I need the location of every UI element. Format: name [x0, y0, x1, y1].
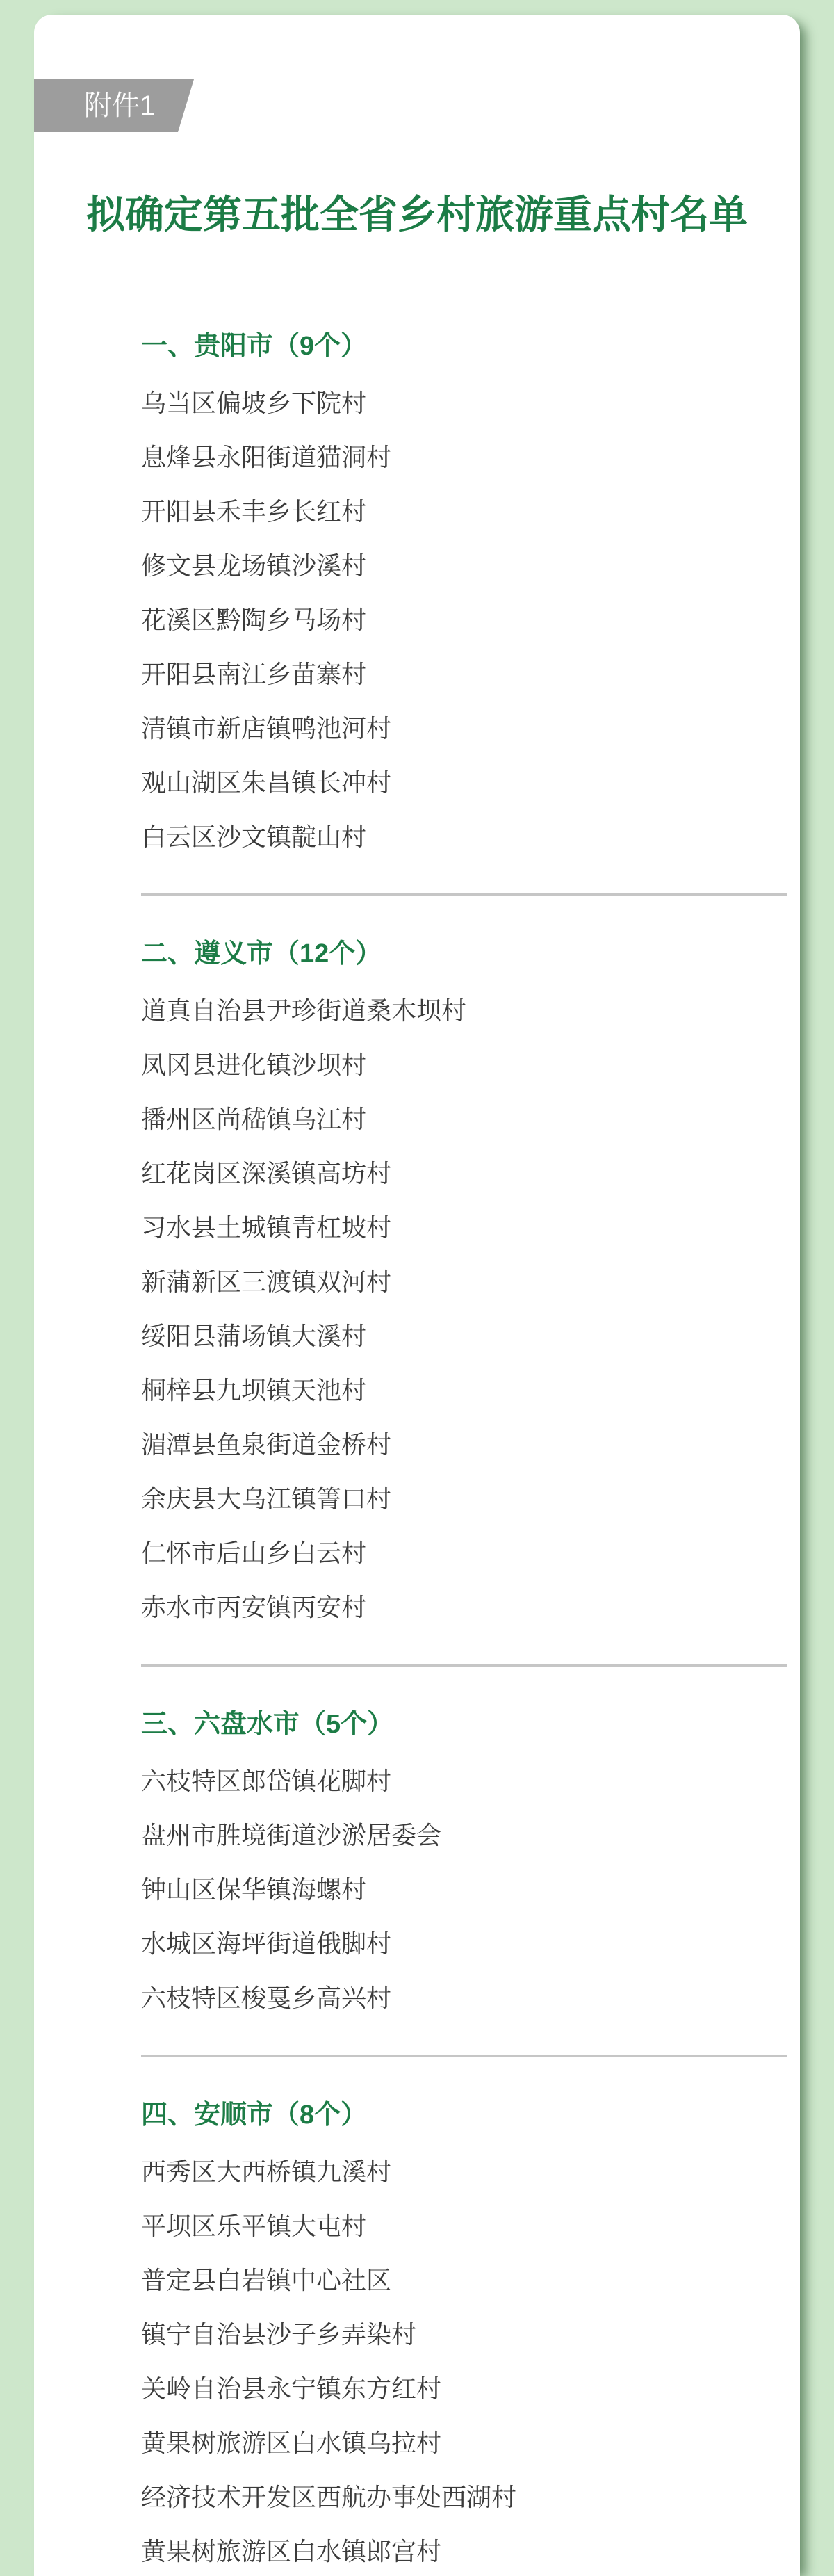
village-list-item: 黄果树旅游区白水镇乌拉村: [141, 2430, 693, 2456]
village-list-item: 六枝特区梭戛乡高兴村: [141, 1985, 693, 2011]
village-list-item: 西秀区大西桥镇九溪村: [141, 2159, 693, 2185]
village-list-item: 六枝特区郎岱镇花脚村: [141, 1768, 693, 1795]
village-list-item: 乌当区偏坡乡下院村: [141, 390, 693, 416]
section-divider: [141, 893, 787, 896]
village-list-item: 绥阳县蒲场镇大溪村: [141, 1323, 693, 1350]
village-list-item: 凤冈县进化镇沙坝村: [141, 1052, 693, 1078]
village-list-item: 桐梓县九坝镇天池村: [141, 1377, 693, 1404]
village-list-item: 播州区尚嵇镇乌江村: [141, 1106, 693, 1133]
village-list-item: 关岭自治县永宁镇东方红村: [141, 2376, 693, 2402]
content-card: 附件1 拟确定第五批全省乡村旅游重点村名单 一、贵阳市（9个）乌当区偏坡乡下院村…: [34, 15, 800, 2576]
page-background: { "badge": { "label": "附件1" }, "title": …: [0, 0, 834, 2576]
section-heading: 三、六盘水市（5个）: [141, 1711, 693, 1737]
village-list-item: 黄果树旅游区白水镇郎宫村: [141, 2538, 693, 2565]
village-sections: 一、贵阳市（9个）乌当区偏坡乡下院村息烽县永阳街道猫洞村开阳县禾丰乡长红村修文县…: [34, 333, 800, 2565]
village-list-item: 经济技术开发区西航办事处西湖村: [141, 2484, 693, 2511]
village-list-item: 习水县土城镇青杠坡村: [141, 1215, 693, 1241]
village-list-item: 开阳县南江乡苗寨村: [141, 661, 693, 688]
section-heading: 一、贵阳市（9个）: [141, 333, 693, 359]
village-list-item: 湄潭县鱼泉街道金桥村: [141, 1432, 693, 1458]
section-heading: 四、安顺市（8个）: [141, 2102, 693, 2128]
village-list-item: 镇宁自治县沙子乡弄染村: [141, 2322, 693, 2348]
village-list-item: 新蒲新区三渡镇双河村: [141, 1269, 693, 1295]
village-list-item: 道真自治县尹珍街道桑木坝村: [141, 998, 693, 1024]
village-list-item: 钟山区保华镇海螺村: [141, 1877, 693, 1903]
section-divider: [141, 1664, 787, 1667]
attachment-badge-label: 附件1: [34, 92, 155, 120]
village-list-item: 赤水市丙安镇丙安村: [141, 1594, 693, 1621]
section-divider: [141, 2055, 787, 2057]
village-list-item: 息烽县永阳街道猫洞村: [141, 444, 693, 471]
village-list-item: 开阳县禾丰乡长红村: [141, 499, 693, 525]
village-list-item: 仁怀市后山乡白云村: [141, 1540, 693, 1566]
village-list-item: 平坝区乐平镇大屯村: [141, 2213, 693, 2239]
village-list-item: 观山湖区朱昌镇长冲村: [141, 770, 693, 796]
section-heading: 二、遵义市（12个）: [141, 941, 693, 967]
village-list-item: 盘州市胜境街道沙淤居委会: [141, 1822, 693, 1849]
village-list-item: 红花岗区深溪镇高坊村: [141, 1160, 693, 1187]
village-list-item: 普定县白岩镇中心社区: [141, 2267, 693, 2294]
attachment-badge: 附件1: [34, 79, 194, 132]
village-list-item: 花溪区黔陶乡马场村: [141, 607, 693, 633]
village-list-item: 余庆县大乌江镇箐口村: [141, 1486, 693, 1512]
village-list-item: 水城区海坪街道俄脚村: [141, 1931, 693, 1957]
village-list-item: 白云区沙文镇靛山村: [141, 824, 693, 850]
village-list-item: 修文县龙场镇沙溪村: [141, 553, 693, 579]
village-list-item: 清镇市新店镇鸭池河村: [141, 715, 693, 742]
